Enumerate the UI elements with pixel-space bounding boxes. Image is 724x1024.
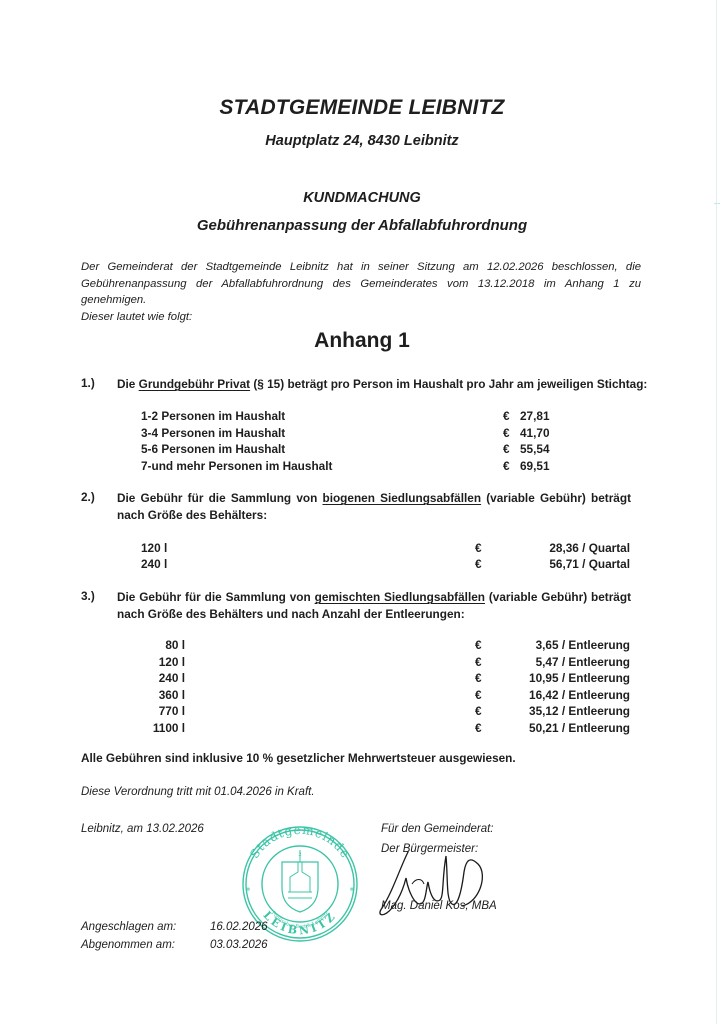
annex-title: Anhang 1 — [0, 329, 724, 353]
fee-row-currency: € — [475, 655, 482, 669]
svg-text:2: 2 — [298, 852, 301, 858]
fee-row-currency: € — [475, 721, 482, 735]
section-text: Die Grundgebühr Privat (§ 15) beträgt pr… — [117, 376, 647, 393]
fee-row-amount: 50,21 / Entleerung — [490, 721, 630, 735]
fee-row-currency: € — [475, 557, 482, 571]
document-type: KUNDMACHUNG — [0, 190, 724, 206]
section-text: Die Gebühr für die Sammlung von biogenen… — [117, 490, 631, 523]
posted-date: 16.02.2026 — [210, 921, 268, 933]
section-highlight: Grundgebühr Privat — [139, 377, 250, 391]
posted-label: Angeschlagen am: — [81, 921, 176, 933]
fee-row-currency: € — [475, 638, 482, 652]
scan-edge-line — [716, 0, 717, 1024]
fee-row-label: 7-und mehr Personen im Haushalt — [141, 459, 401, 473]
fee-row-currency: € — [503, 409, 510, 423]
section-text-part: Die — [117, 377, 139, 391]
municipality-title: STADTGEMEINDE LEIBNITZ — [0, 96, 724, 120]
fee-row-amount: 16,42 / Entleerung — [490, 688, 630, 702]
fee-row-label: 5-6 Personen im Haushalt — [141, 442, 401, 456]
section-text-part: (§ 15) beträgt pro Person im Haushalt pr… — [250, 377, 647, 391]
fee-row-amount: 55,54 — [520, 442, 580, 456]
fee-row-label: 3-4 Personen im Haushalt — [141, 426, 401, 440]
fee-row-amount: 56,71 / Quartal — [490, 557, 630, 571]
for-council-label: Für den Gemeinderat: — [381, 823, 494, 835]
fee-row-amount: 27,81 — [520, 409, 580, 423]
fee-row-currency: € — [503, 442, 510, 456]
fee-row-currency: € — [475, 704, 482, 718]
fee-row-currency: € — [475, 541, 482, 555]
fee-row-amount: 69,51 — [520, 459, 580, 473]
section-number: 1.) — [81, 376, 95, 390]
intro-paragraph: Der Gemeinderat der Stadtgemeinde Leibni… — [81, 259, 641, 325]
fee-row-label: 1-2 Personen im Haushalt — [141, 409, 401, 423]
removed-date: 03.03.2026 — [210, 939, 268, 951]
place-and-date: Leibnitz, am 13.02.2026 — [81, 823, 204, 835]
intro-line: Dieser lautet wie folgt: — [81, 309, 641, 326]
fee-row-label: 120 l — [140, 655, 185, 669]
fee-row-amount: 35,12 / Entleerung — [490, 704, 630, 718]
fee-row-currency: € — [503, 426, 510, 440]
removed-label: Abgenommen am: — [81, 939, 175, 951]
mayor-name: Mag. Daniel Kos, MBA — [381, 900, 497, 912]
fee-row-label: 80 l — [140, 638, 185, 652]
fee-row-amount: 28,36 / Quartal — [490, 541, 630, 555]
section-number: 2.) — [81, 490, 95, 504]
section-highlight: gemischten Siedlungsabfällen — [315, 590, 485, 604]
section-highlight: biogenen Siedlungsabfällen — [322, 491, 481, 505]
vat-note: Alle Gebühren sind inklusive 10 % gesetz… — [81, 751, 516, 765]
effective-date-note: Diese Verordnung tritt mit 01.04.2026 in… — [81, 786, 315, 798]
intro-line: Gebührenanpassung der Abfallabfuhrordnun… — [81, 276, 641, 293]
fee-row-label: 240 l — [140, 671, 185, 685]
fee-row-amount: 3,65 / Entleerung — [490, 638, 630, 652]
fee-row-currency: € — [475, 688, 482, 702]
section-text-part: Die Gebühr für die Sammlung von — [117, 590, 315, 604]
svg-text:*: * — [350, 887, 355, 897]
fee-row-amount: 10,95 / Entleerung — [490, 671, 630, 685]
fee-row-label: 120 l — [141, 541, 221, 555]
document-subject: Gebührenanpassung der Abfallabfuhrordnun… — [0, 217, 724, 234]
municipality-address: Hauptplatz 24, 8430 Leibnitz — [0, 133, 724, 149]
fee-row-label: 770 l — [140, 704, 185, 718]
fee-row-currency: € — [503, 459, 510, 473]
intro-line: genehmigen. — [81, 292, 641, 309]
fee-row-label: 360 l — [140, 688, 185, 702]
section-text-part: Die Gebühr für die Sammlung von — [117, 491, 322, 505]
section-text: Die Gebühr für die Sammlung von gemischt… — [117, 589, 631, 622]
fee-row-label: 240 l — [141, 557, 221, 571]
fee-row-amount: 41,70 — [520, 426, 580, 440]
section-number: 3.) — [81, 589, 95, 603]
fee-row-currency: € — [475, 671, 482, 685]
fee-row-amount: 5,47 / Entleerung — [490, 655, 630, 669]
fee-row-label: 1100 l — [140, 721, 185, 735]
svg-text:*: * — [246, 887, 251, 897]
intro-line: Der Gemeinderat der Stadtgemeinde Leibni… — [81, 259, 641, 276]
